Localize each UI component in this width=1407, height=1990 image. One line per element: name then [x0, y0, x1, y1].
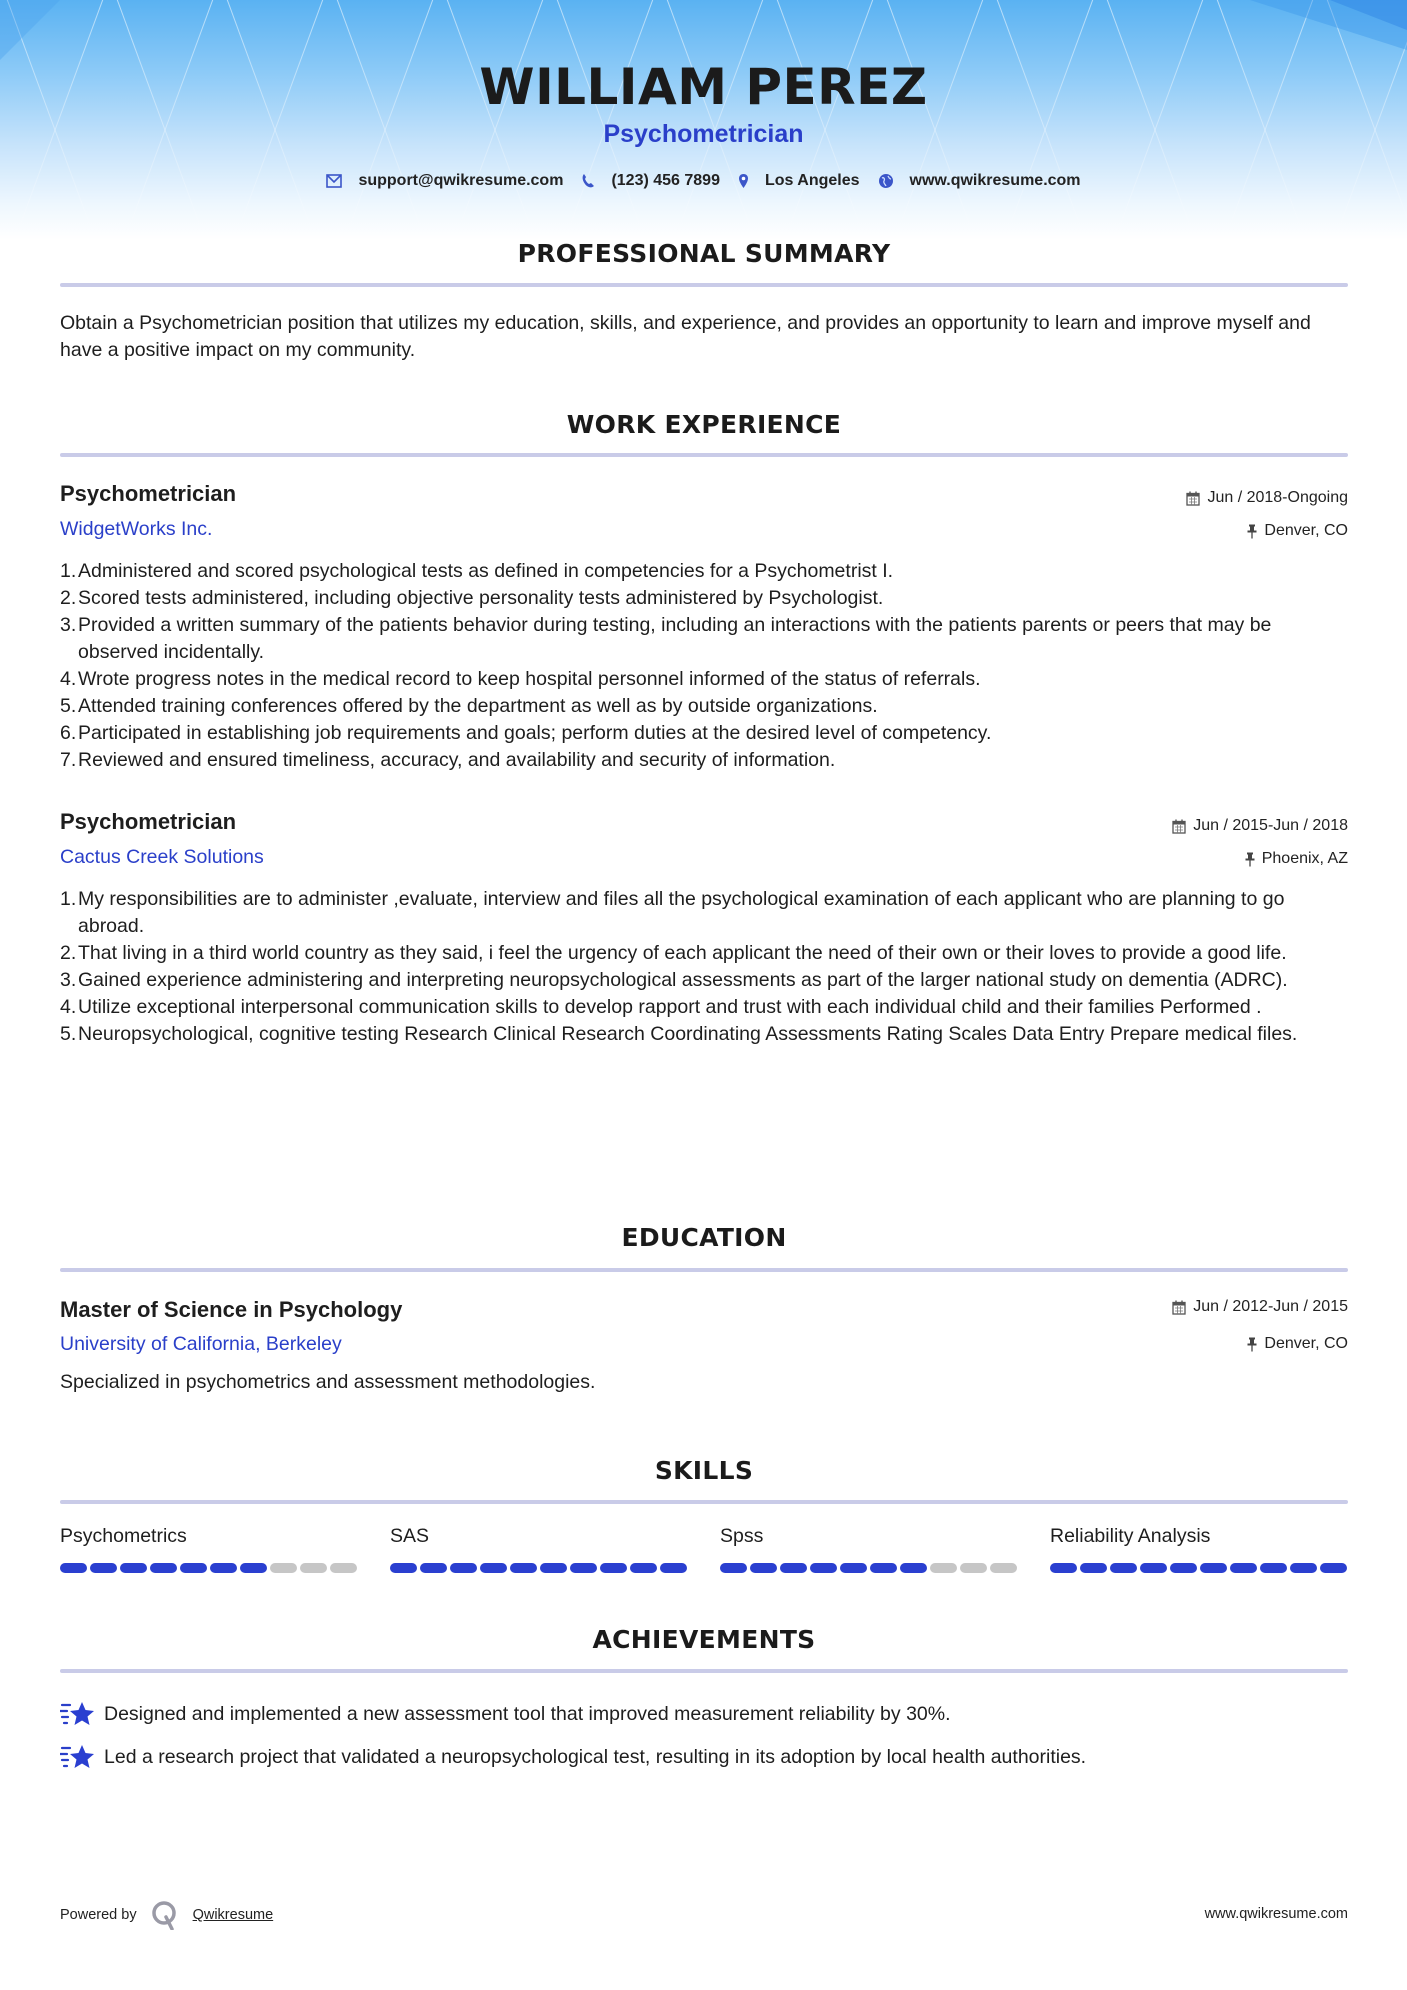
list-item: 4.Utilize exceptional interpersonal comm…: [60, 994, 1350, 1021]
job-dates: Jun / 2018-Ongoing: [1186, 489, 1348, 507]
achievement-text: Led a research project that validated a …: [104, 1746, 1086, 1769]
contact-location: Los Angeles: [738, 172, 860, 190]
skill-rating-segment: [450, 1563, 477, 1573]
list-item: 2.That living in a third world country a…: [60, 940, 1350, 967]
pushpin-icon: [1247, 1337, 1257, 1352]
skill-name: Psychometrics: [60, 1525, 360, 1555]
job-location: Phoenix, AZ: [1245, 850, 1348, 868]
skill-item: Spss: [720, 1525, 1020, 1573]
contact-website-text: www.qwikresume.com: [910, 172, 1081, 190]
skill-rating-bar: [60, 1563, 360, 1573]
skill-item: SAS: [390, 1525, 690, 1573]
candidate-role: Psychometrician: [0, 120, 1407, 149]
list-item: 4.Wrote progress notes in the medical re…: [60, 666, 1350, 693]
contact-website[interactable]: www.qwikresume.com: [878, 172, 1081, 190]
contact-location-text: Los Angeles: [765, 172, 860, 190]
calendar-icon: [1172, 1300, 1186, 1315]
skill-rating-segment: [120, 1563, 147, 1573]
calendar-icon: [1186, 491, 1200, 506]
skill-rating-segment: [60, 1563, 87, 1573]
school-name: University of California, Berkeley: [60, 1333, 342, 1356]
qwikresume-logo-icon: [151, 1900, 179, 1930]
skill-rating-segment: [750, 1563, 777, 1573]
skill-rating-segment: [900, 1563, 927, 1573]
skill-rating-segment: [660, 1563, 687, 1573]
list-item: 5.Attended training conferences offered …: [60, 693, 1350, 720]
section-title-achievements: ACHIEVEMENTS: [60, 1625, 1348, 1654]
pushpin-icon: [1247, 524, 1257, 539]
envelope-icon: [326, 174, 342, 188]
skill-rating-segment: [870, 1563, 897, 1573]
list-item: 1.Administered and scored psychological …: [60, 558, 1350, 585]
education-location: Denver, CO: [1247, 1335, 1348, 1353]
skill-rating-segment: [90, 1563, 117, 1573]
map-pin-icon: [738, 173, 749, 189]
list-item: 7.Reviewed and ensured timeliness, accur…: [60, 747, 1350, 774]
skill-name: Reliability Analysis: [1050, 1525, 1350, 1555]
skill-rating-bar: [720, 1563, 1020, 1573]
skill-rating-segment: [180, 1563, 207, 1573]
skill-item: Reliability Analysis: [1050, 1525, 1350, 1573]
job-location-text: Phoenix, AZ: [1262, 850, 1348, 868]
header-banner: WILLIAM PEREZ Psychometrician support@qw…: [0, 0, 1407, 240]
skill-rating-segment: [570, 1563, 597, 1573]
job-responsibilities: 1.Administered and scored psychological …: [60, 558, 1350, 774]
skill-rating-segment: [300, 1563, 327, 1573]
shooting-star-icon: [60, 1700, 94, 1728]
footer-powered-by: Powered by Qwikresume: [60, 1900, 273, 1930]
skill-rating-segment: [1320, 1563, 1347, 1573]
achievement-item: Designed and implemented a new assessmen…: [60, 1700, 951, 1728]
job-dates: Jun / 2015-Jun / 2018: [1172, 817, 1348, 835]
skill-rating-segment: [540, 1563, 567, 1573]
job-title: Psychometrician: [60, 809, 236, 835]
section-divider: [60, 1669, 1348, 1673]
job-company: Cactus Creek Solutions: [60, 846, 264, 869]
section-title-education: EDUCATION: [60, 1223, 1348, 1252]
skill-rating-segment: [1200, 1563, 1227, 1573]
skill-rating-segment: [1290, 1563, 1317, 1573]
contact-email-text: support@qwikresume.com: [358, 172, 563, 190]
footer-website-link[interactable]: www.qwikresume.com: [1205, 1906, 1348, 1922]
powered-by-label: Powered by: [60, 1907, 137, 1923]
qwikresume-link[interactable]: Qwikresume: [193, 1907, 274, 1923]
achievement-text: Designed and implemented a new assessmen…: [104, 1703, 951, 1726]
skill-name: SAS: [390, 1525, 690, 1555]
calendar-icon: [1172, 819, 1186, 834]
pushpin-icon: [1245, 852, 1255, 867]
skill-rating-segment: [1110, 1563, 1137, 1573]
shooting-star-icon: [60, 1743, 94, 1771]
summary-text: Obtain a Psychometrician position that u…: [60, 310, 1350, 364]
contact-phone-text: (123) 456 7899: [611, 172, 720, 190]
skill-rating-segment: [240, 1563, 267, 1573]
phone-icon: [581, 173, 595, 189]
education-location-text: Denver, CO: [1264, 1335, 1348, 1353]
job-location-text: Denver, CO: [1264, 522, 1348, 540]
skill-rating-segment: [330, 1563, 357, 1573]
skill-rating-segment: [510, 1563, 537, 1573]
job-dates-text: Jun / 2018-Ongoing: [1207, 489, 1348, 507]
job-responsibilities: 1.My responsibilities are to administer …: [60, 886, 1350, 1048]
section-divider: [60, 1500, 1348, 1504]
candidate-name: WILLIAM PEREZ: [0, 58, 1407, 116]
skill-rating-segment: [420, 1563, 447, 1573]
list-item: 5.Neuropsychological, cognitive testing …: [60, 1021, 1350, 1048]
section-divider: [60, 453, 1348, 457]
skill-rating-segment: [480, 1563, 507, 1573]
skill-rating-bar: [1050, 1563, 1350, 1573]
achievement-item: Led a research project that validated a …: [60, 1743, 1086, 1771]
education-description: Specialized in psychometrics and assessm…: [60, 1369, 1350, 1396]
contact-phone[interactable]: (123) 456 7899: [581, 172, 720, 190]
skill-rating-segment: [720, 1563, 747, 1573]
skill-rating-segment: [1230, 1563, 1257, 1573]
skill-rating-segment: [780, 1563, 807, 1573]
section-divider: [60, 283, 1348, 287]
skill-rating-segment: [1080, 1563, 1107, 1573]
list-item: 3.Gained experience administering and in…: [60, 967, 1350, 994]
skill-rating-segment: [1050, 1563, 1077, 1573]
degree-title: Master of Science in Psychology: [60, 1297, 402, 1323]
education-dates-text: Jun / 2012-Jun / 2015: [1193, 1298, 1348, 1316]
contact-bar: support@qwikresume.com (123) 456 7899 Lo…: [0, 172, 1407, 190]
skill-rating-segment: [840, 1563, 867, 1573]
job-title: Psychometrician: [60, 481, 236, 507]
section-title-experience: WORK EXPERIENCE: [60, 410, 1348, 439]
list-item: 6.Participated in establishing job requi…: [60, 720, 1350, 747]
skill-rating-segment: [210, 1563, 237, 1573]
skill-rating-segment: [150, 1563, 177, 1573]
skill-rating-segment: [270, 1563, 297, 1573]
section-divider: [60, 1268, 1348, 1272]
globe-icon: [878, 173, 894, 189]
skill-rating-segment: [930, 1563, 957, 1573]
section-title-skills: SKILLS: [60, 1456, 1348, 1485]
skill-rating-segment: [1140, 1563, 1167, 1573]
job-company: WidgetWorks Inc.: [60, 518, 212, 541]
education-dates: Jun / 2012-Jun / 2015: [1172, 1298, 1348, 1316]
contact-email[interactable]: support@qwikresume.com: [326, 172, 563, 190]
skill-name: Spss: [720, 1525, 1020, 1555]
skill-rating-bar: [390, 1563, 690, 1573]
skill-rating-segment: [1260, 1563, 1287, 1573]
job-location: Denver, CO: [1247, 522, 1348, 540]
section-title-summary: PROFESSIONAL SUMMARY: [60, 239, 1348, 268]
skill-rating-segment: [990, 1563, 1017, 1573]
skill-rating-segment: [960, 1563, 987, 1573]
skill-rating-segment: [630, 1563, 657, 1573]
skill-rating-segment: [810, 1563, 837, 1573]
skill-rating-segment: [390, 1563, 417, 1573]
job-dates-text: Jun / 2015-Jun / 2018: [1193, 817, 1348, 835]
skill-rating-segment: [600, 1563, 627, 1573]
skill-item: Psychometrics: [60, 1525, 360, 1573]
list-item: 3.Provided a written summary of the pati…: [60, 612, 1350, 666]
list-item: 2.Scored tests administered, including o…: [60, 585, 1350, 612]
list-item: 1.My responsibilities are to administer …: [60, 886, 1350, 940]
skill-rating-segment: [1170, 1563, 1197, 1573]
